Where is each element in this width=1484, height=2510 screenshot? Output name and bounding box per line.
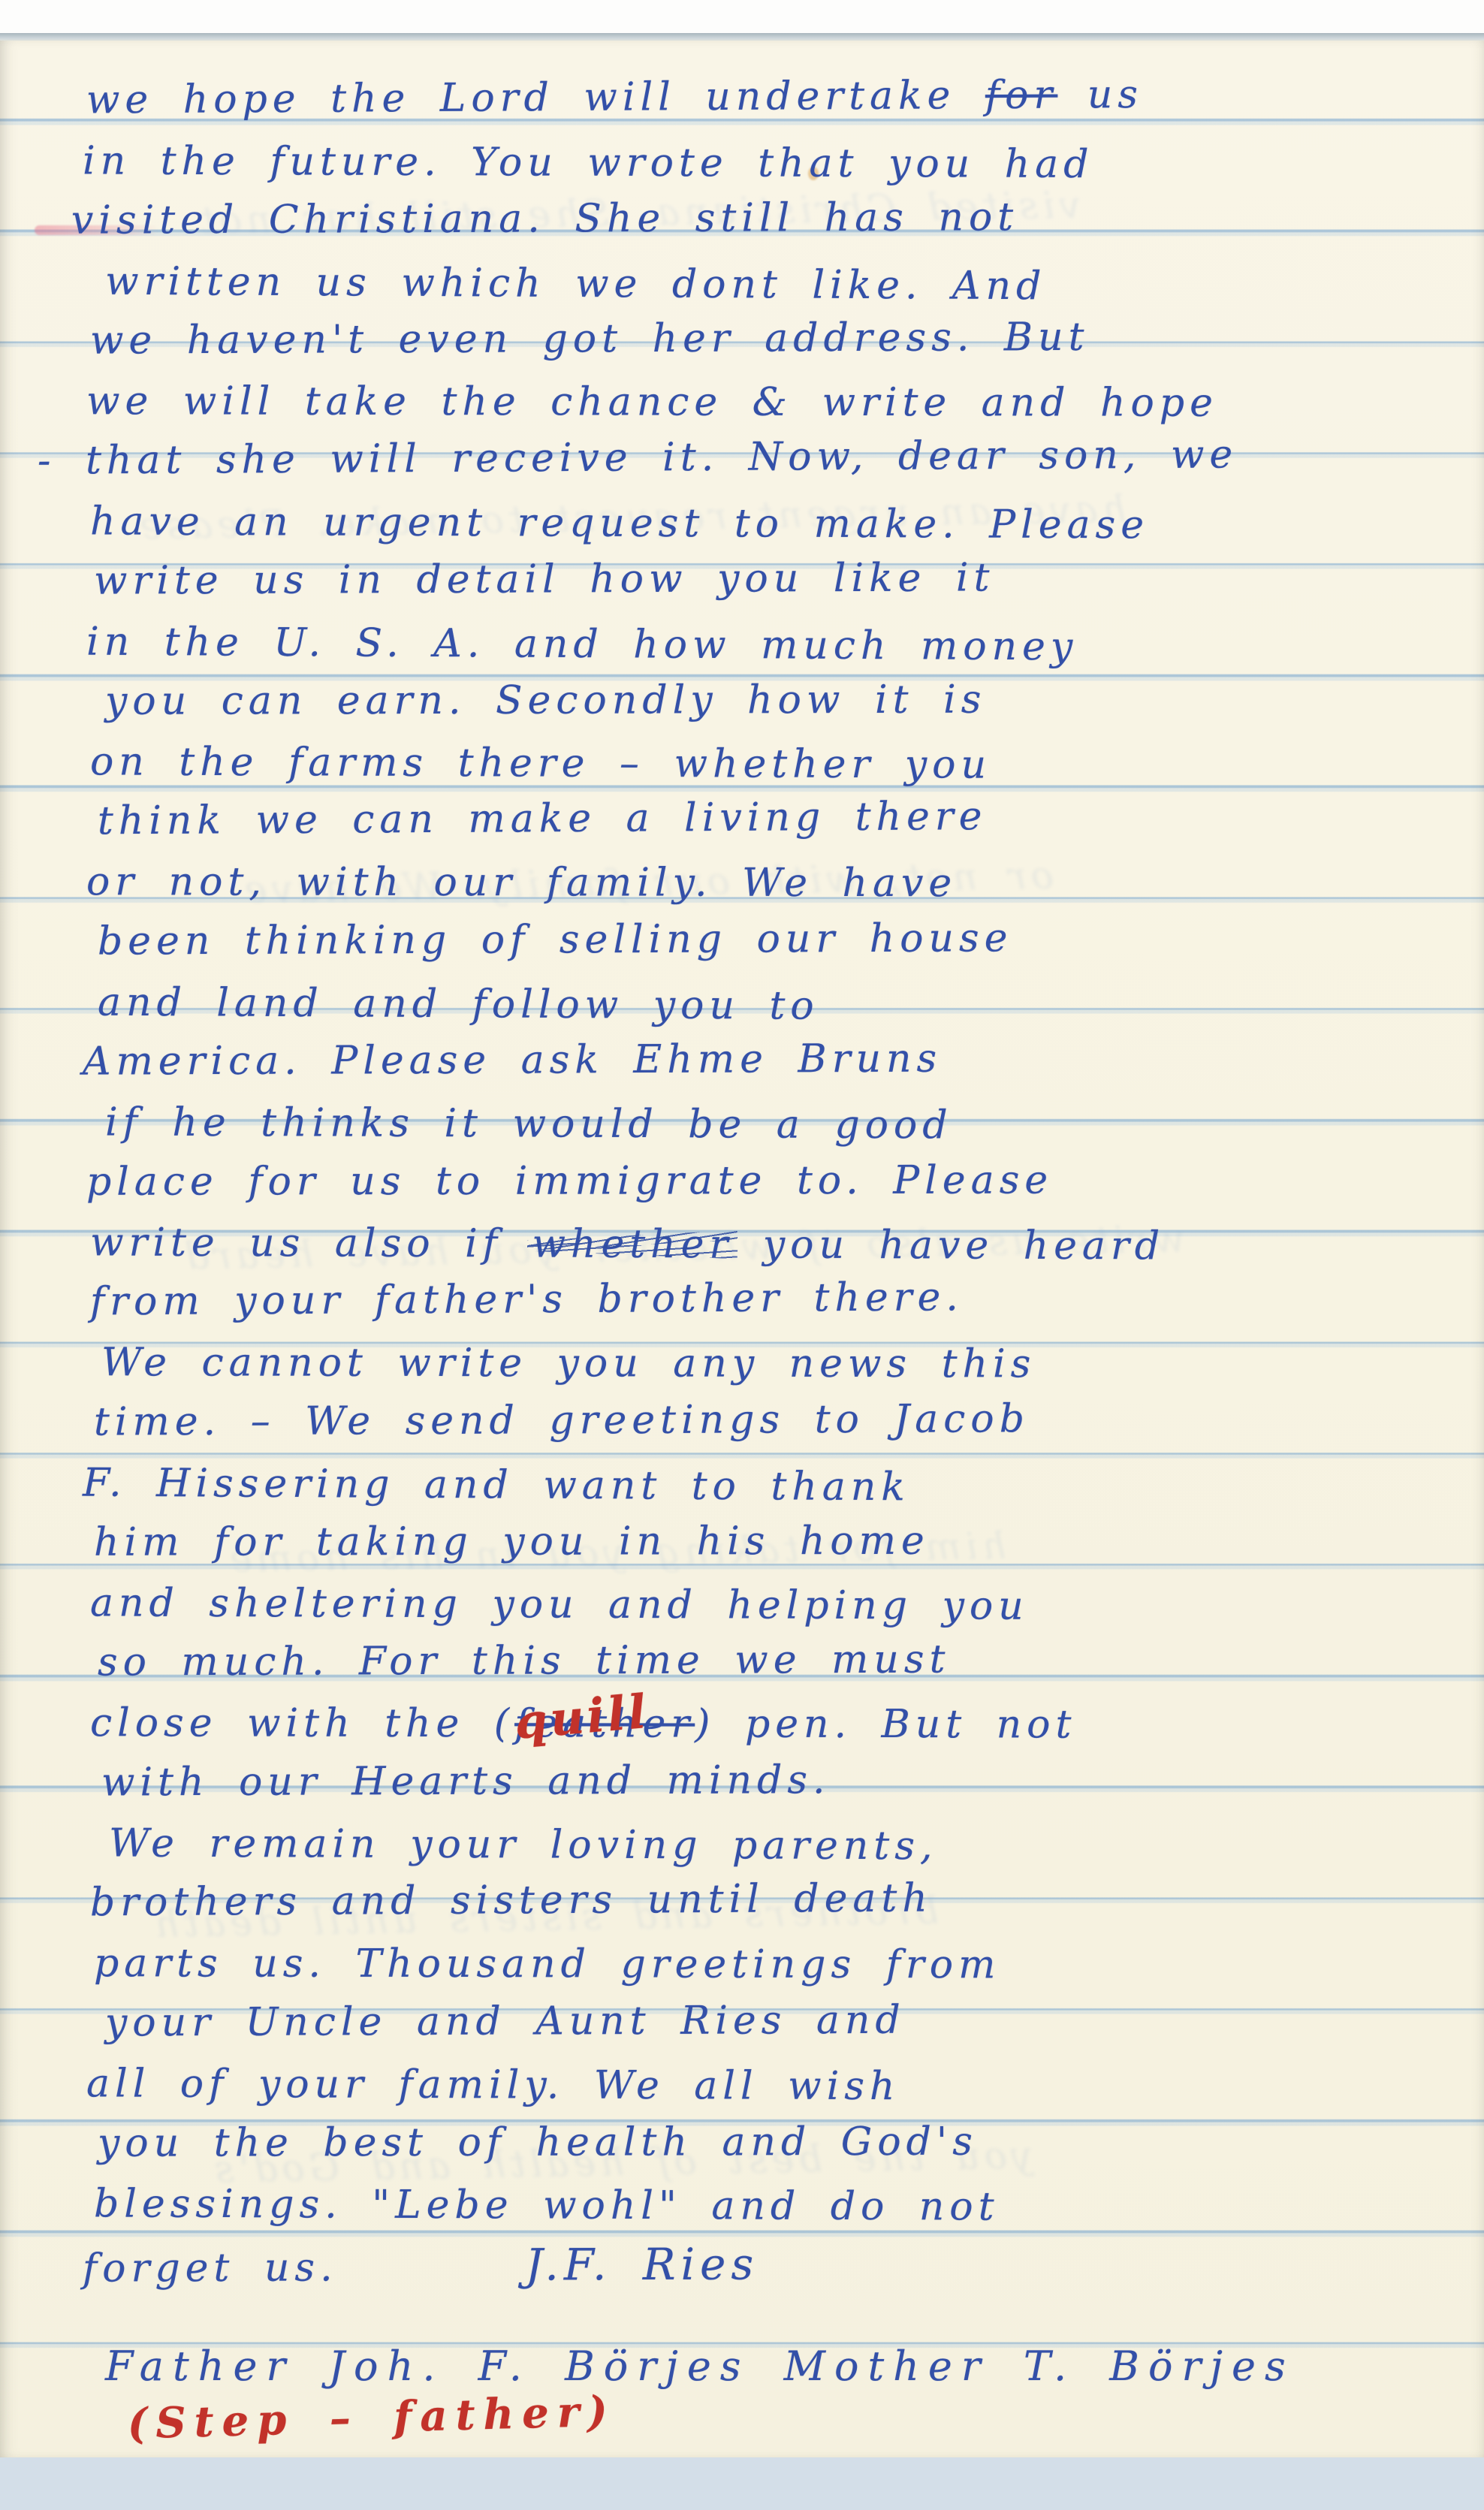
- line-text: blessings. "Lebe wohl" and do not: [94, 2181, 1000, 2229]
- line-text: you can earn. Secondly how it is: [105, 677, 986, 724]
- crossed-out-word: for: [985, 73, 1058, 119]
- letter-line: so much. For this time we must: [0, 1635, 1484, 1700]
- line-text: and land and follow you to: [98, 980, 819, 1029]
- scanned-letter: visited Christiana. She still has nothav…: [0, 0, 1484, 2510]
- line-text: - that she will receive it. Now, dear so…: [38, 432, 1238, 483]
- letter-line: parts us. Thousand greetings from: [0, 1941, 1484, 2003]
- line-text: We cannot write you any news this: [101, 1340, 1036, 1386]
- line-text: close with the (: [90, 1700, 514, 1746]
- letter-line: brothers and sisters until death: [0, 1873, 1484, 1941]
- line-text: us: [1057, 72, 1143, 118]
- letter-line: we haven't even got her address. But: [0, 313, 1484, 379]
- line-text: and sheltering you and helping you: [90, 1580, 1029, 1628]
- line-text: in the future. You wrote that you had: [83, 138, 1094, 187]
- letter-line: - that she will receive it. Now, dear so…: [0, 431, 1484, 499]
- signature: J.F. Ries: [525, 2238, 759, 2290]
- scribbled-out-word: whether: [532, 1221, 733, 1267]
- letter-line: forget us.J.F. Ries: [0, 2236, 1484, 2301]
- line-text: visited Christiana. She still has not: [71, 195, 1018, 243]
- line-text: your Uncle and Aunt Ries and: [105, 1998, 906, 2046]
- line-text: been thinking of selling our house: [98, 916, 1013, 964]
- letter-line: time. – We send greetings to Jacob: [0, 1395, 1484, 1460]
- line-text: have an urgent request to make. Please: [90, 499, 1149, 548]
- letter-line: or not, with our family. We have: [0, 859, 1484, 922]
- letter-line: your Uncle and Aunt Ries and: [0, 1996, 1484, 2061]
- line-text: ) pen. But not: [695, 1702, 1076, 1748]
- letter-line: visited Christiana. She still has not: [0, 193, 1484, 258]
- letter-body: we hope the Lord will undertake for usin…: [0, 78, 1484, 2463]
- line-text: place for us to immigrate to. Please: [86, 1158, 1053, 1205]
- letter-line: you can earn. Secondly how it is: [0, 677, 1484, 739]
- line-text: or not, with our family. We have: [86, 859, 957, 906]
- line-text: you have heard: [733, 1222, 1165, 1269]
- line-text: from your father's brother there.: [90, 1275, 964, 1324]
- line-text: if he thinks it would be a good: [105, 1100, 953, 1148]
- scan-background-bottom: [0, 2457, 1484, 2510]
- line-text: him for taking you in his home: [94, 1519, 930, 1565]
- line-text: think we can make a living there: [98, 794, 988, 843]
- letter-line: we hope the Lord will undertake for us: [0, 71, 1484, 138]
- letter-line: with our Hearts and minds.: [0, 1755, 1484, 1821]
- line-text: F. Hissering and want to thank: [83, 1461, 910, 1510]
- scan-background-top: [0, 0, 1484, 35]
- letter-line: if he thinks it would be a good: [0, 1100, 1484, 1165]
- letter-line: from your father's brother there.: [0, 1272, 1484, 1340]
- line-text: in the U. S. A. and how much money: [86, 620, 1078, 670]
- line-text: We remain your loving parents,: [109, 1821, 938, 1869]
- letter-line: close with the (featherquill) pen. But n…: [0, 1700, 1484, 1763]
- letter-line: write us in detail how you like it: [0, 554, 1484, 619]
- letter-page: visited Christiana. She still has nothav…: [0, 41, 1484, 2457]
- letter-line: been thinking of selling our house: [0, 914, 1484, 979]
- line-text: written us which we dont like. And: [105, 259, 1047, 309]
- line-text: write us in detail how you like it: [94, 555, 995, 603]
- line-text: we hope the Lord will undertake: [86, 73, 985, 122]
- line-text: with our Hearts and minds.: [101, 1757, 831, 1805]
- letter-line: think we can make a living there: [0, 792, 1484, 859]
- letter-line: you the best of health and God's: [0, 2119, 1484, 2181]
- line-text: so much. For this time we must: [98, 1637, 951, 1685]
- letter-line: place for us to immigrate to. Please: [0, 1157, 1484, 1220]
- line-text: America. Please ask Ehme Bruns: [83, 1036, 942, 1085]
- line-text: you the best of health and God's: [98, 2119, 978, 2166]
- letter-line: We cannot write you any news this: [0, 1340, 1484, 1402]
- line-text: we will take the chance & write and hope: [86, 379, 1218, 426]
- line-text: all of your family. We all wish: [86, 2061, 900, 2109]
- line-text: parts us. Thousand greetings from: [94, 1941, 1000, 1987]
- line-text: write us also if: [90, 1220, 532, 1266]
- overwrite-word: featherquill: [514, 1701, 695, 1746]
- letter-line: America. Please ask Ehme Bruns: [0, 1034, 1484, 1100]
- red-correction-word: quill: [512, 1684, 651, 1750]
- line-text: on the farms there – whether you: [90, 739, 991, 787]
- line-text: forget us.: [83, 2245, 338, 2291]
- line-text: time. – We send greetings to Jacob: [94, 1396, 1030, 1444]
- letter-line: him for taking you in his home: [0, 1518, 1484, 1580]
- line-text: brothers and sisters until death: [90, 1875, 933, 1925]
- line-text: we haven't even got her address. But: [90, 315, 1090, 364]
- letter-line: all of your family. We all wish: [0, 2061, 1484, 2126]
